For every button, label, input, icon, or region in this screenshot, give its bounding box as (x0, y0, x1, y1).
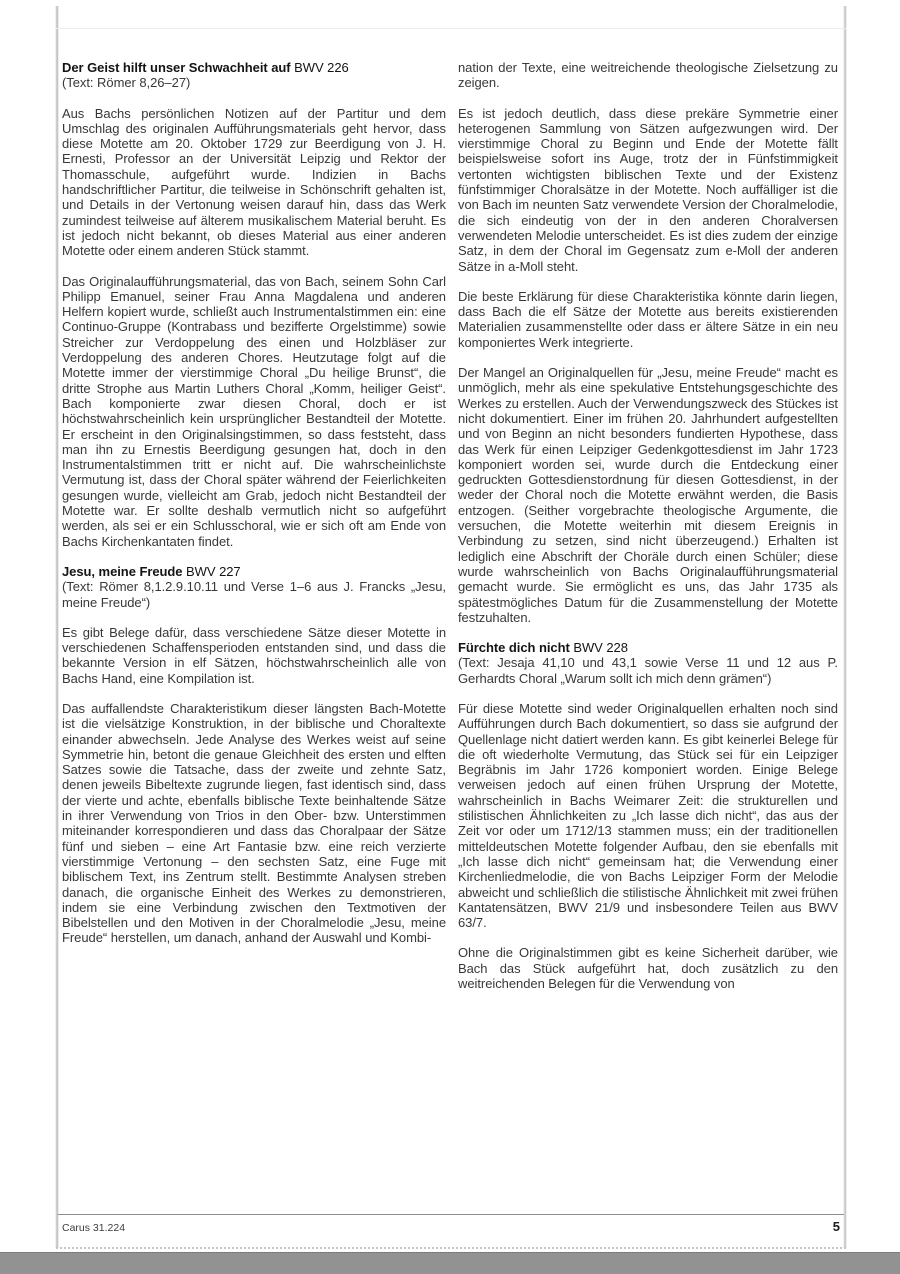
page-number: 5 (833, 1219, 840, 1234)
page-edge-bottom (56, 1247, 846, 1249)
bwv-number: BWV 228 (573, 640, 628, 655)
paragraph: Der Mangel an Originalquellen für „Jesu,… (458, 365, 838, 625)
paragraph: Es ist jedoch deutlich, dass diese prekä… (458, 106, 838, 274)
paragraph: Aus Bachs persönlichen Notizen auf der P… (62, 106, 446, 259)
page-edge-top (56, 28, 846, 29)
paragraph: Die beste Erklärung für diese Charakteri… (458, 289, 838, 350)
paragraph: Für diese Motette sind weder Originalque… (458, 701, 838, 930)
paragraph: Ohne die Originalstimmen gibt es keine S… (458, 945, 838, 991)
edition-number: Carus 31.224 (62, 1222, 125, 1234)
section-heading-bwv227: Jesu, meine Freude BWV 227 (62, 564, 446, 579)
footer-rule (57, 1214, 844, 1215)
bwv-number: BWV 226 (294, 60, 349, 75)
scanned-document-page: Der Geist hilft unser Schwachheit auf BW… (0, 0, 900, 1274)
column-right: nation der Texte, eine weitreichende the… (458, 60, 838, 1006)
paragraph-continuation: nation der Texte, eine weitreichende the… (458, 60, 838, 91)
paragraph: Das Originalaufführungsmaterial, das von… (62, 274, 446, 549)
paragraph: Es gibt Belege dafür, dass verschiedene … (62, 625, 446, 686)
scan-background-bar (0, 1252, 900, 1274)
work-title: Der Geist hilft unser Schwachheit auf (62, 60, 291, 75)
page-footer: Carus 31.224 5 (62, 1219, 840, 1234)
two-column-text: Der Geist hilft unser Schwachheit auf BW… (62, 60, 838, 1006)
work-title: Fürchte dich nicht (458, 640, 570, 655)
bwv-number: BWV 227 (186, 564, 241, 579)
column-left: Der Geist hilft unser Schwachheit auf BW… (62, 60, 446, 1006)
page-surface: Der Geist hilft unser Schwachheit auf BW… (0, 0, 900, 1274)
work-title: Jesu, meine Freude (62, 564, 182, 579)
text-source-reference: (Text: Römer 8,1.2.9.10.11 und Verse 1–6… (62, 579, 446, 610)
page-edge-right (843, 6, 847, 1248)
text-source-reference: (Text: Römer 8,26–27) (62, 75, 446, 90)
section-heading-bwv228: Fürchte dich nicht BWV 228 (458, 640, 838, 655)
page-edge-left (55, 6, 59, 1248)
paragraph: Das auffallendste Charakteristikum diese… (62, 701, 446, 946)
section-heading-bwv226: Der Geist hilft unser Schwachheit auf BW… (62, 60, 446, 75)
text-source-reference: (Text: Jesaja 41,10 und 43,1 sowie Verse… (458, 655, 838, 686)
